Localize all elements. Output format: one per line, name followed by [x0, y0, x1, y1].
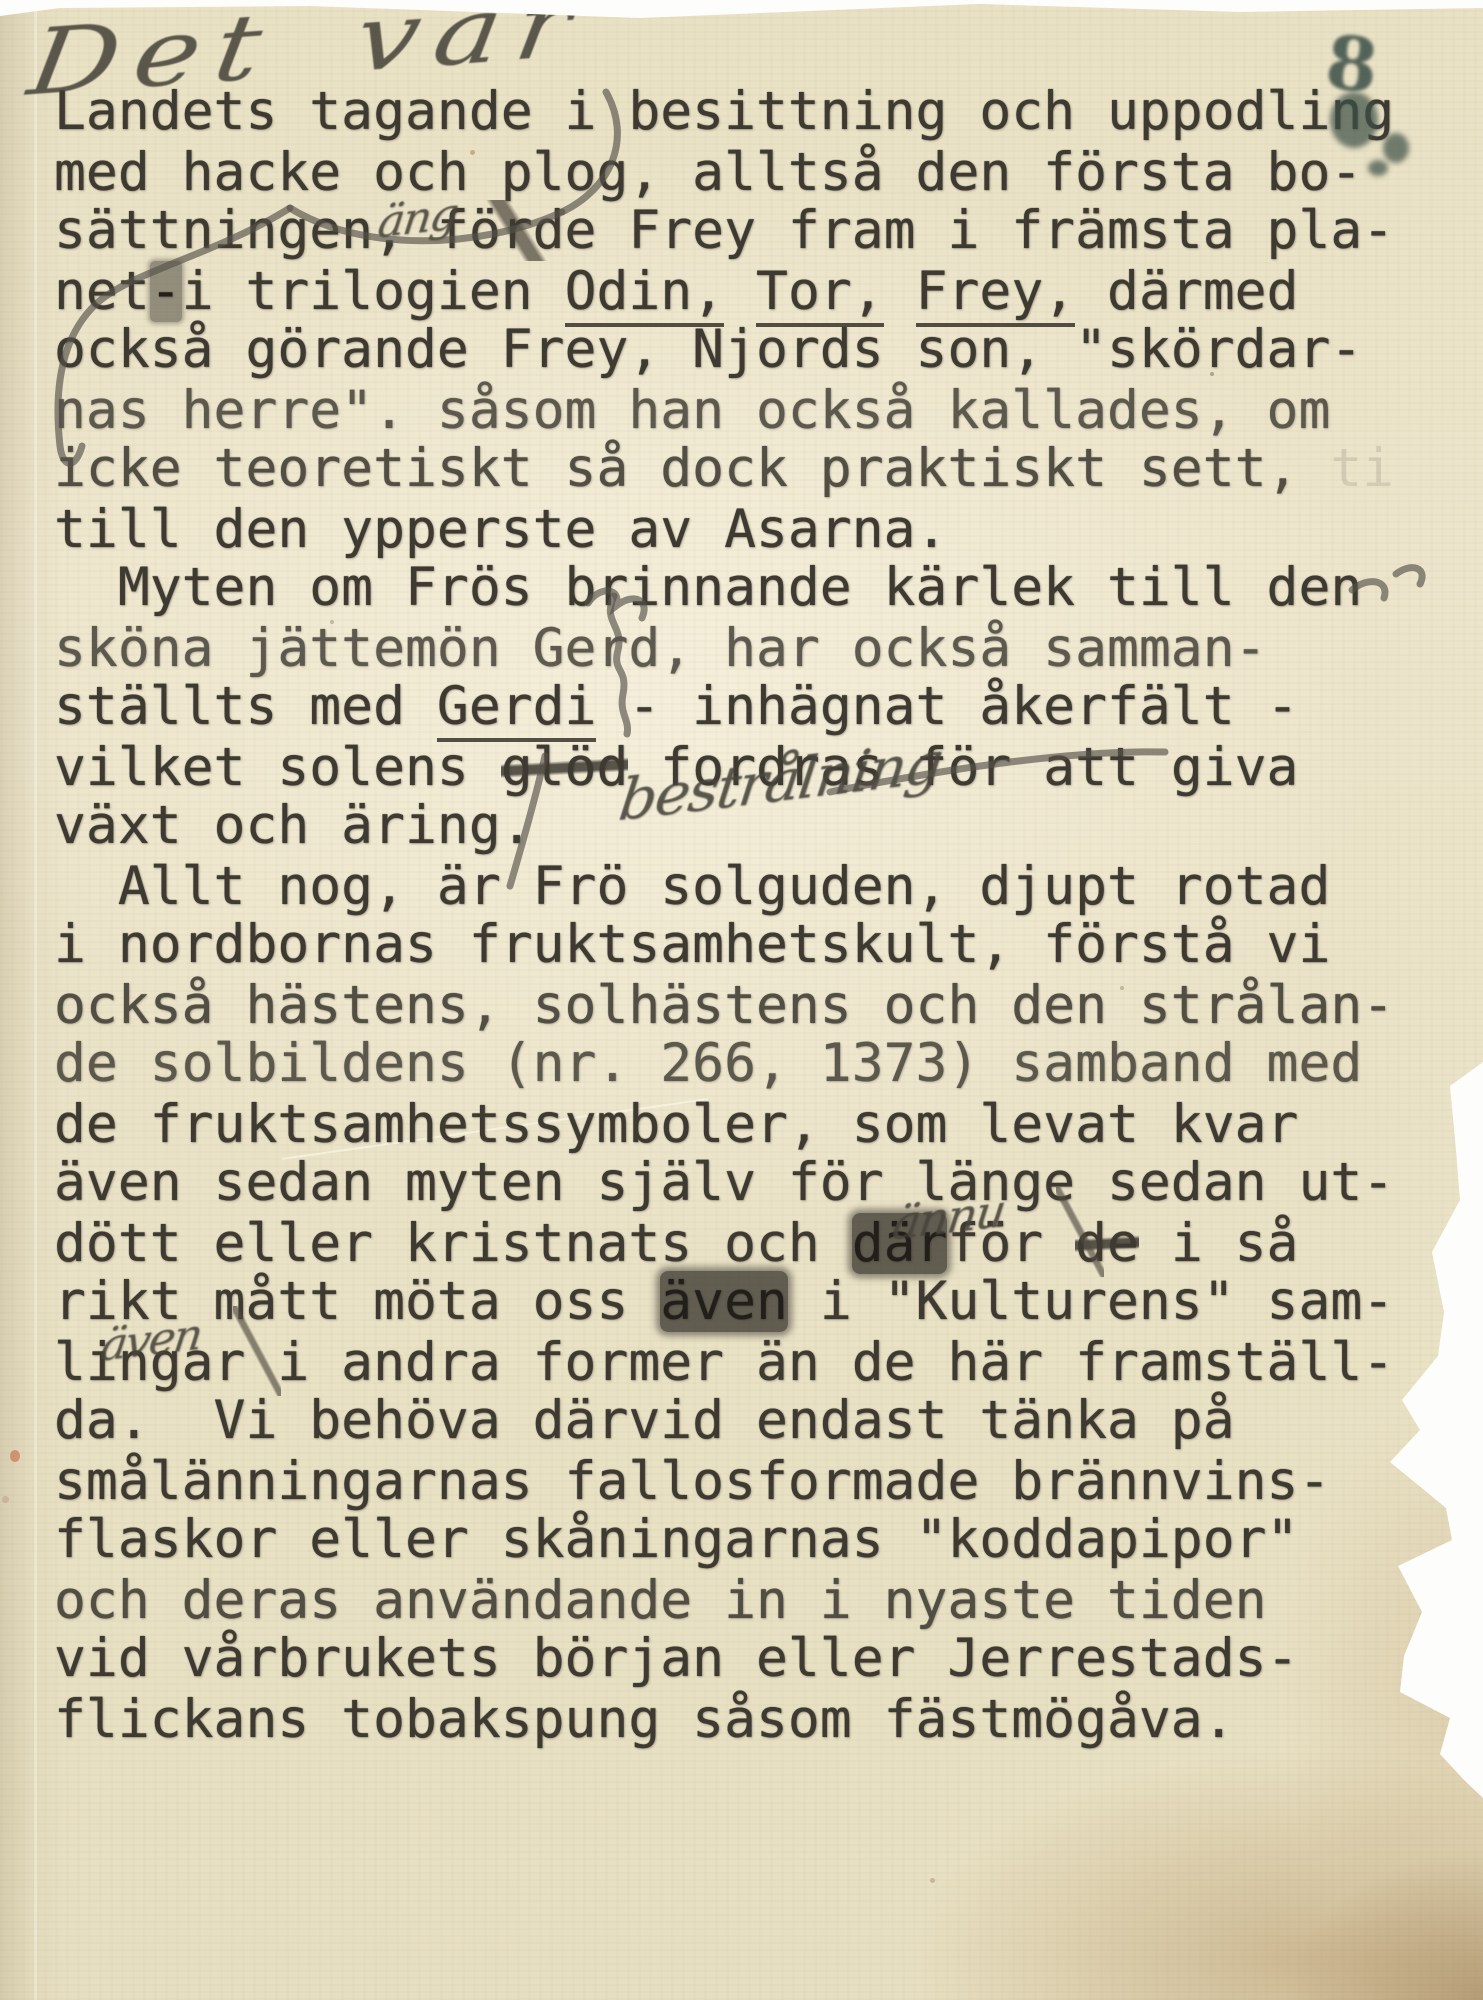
typed-line: även sedan myten själv för länge sedan u…	[54, 1153, 1394, 1213]
handwritten-note: äng	[374, 184, 460, 252]
typed-line: sköna jättemön Gerd, har också samman-	[54, 619, 1394, 679]
typed-segment: Frey fram i främsta pla-	[596, 200, 1394, 261]
typed-segment: förde	[437, 200, 597, 261]
typed-segment: Tor,	[756, 261, 884, 327]
pencil-slash	[233, 1306, 281, 1396]
typed-segment	[884, 261, 916, 322]
typed-line: net-i trilogien Odin, Tor, Frey, därmed	[54, 262, 1394, 322]
pencil-slash	[1056, 1187, 1104, 1277]
typed-segment: ställts med	[54, 676, 437, 737]
typed-line: icke teoretiskt så dock praktiskt sett, …	[54, 439, 1394, 499]
paper-speck	[930, 1878, 935, 1883]
handwritten-note: även	[97, 1305, 204, 1376]
typed-line: nas herre". såsom han också kallades, om	[54, 381, 1394, 441]
typed-line: växt och äring.bestrålning	[54, 796, 1394, 856]
typed-line: de fruktsamhetssymboler, som levat kvar	[54, 1095, 1394, 1155]
typed-segment: också görande Frey, Njords son, "skördar…	[54, 319, 1362, 380]
typed-segment: nas herre". såsom han också kallades, om	[54, 380, 1330, 441]
typed-segment: net	[54, 261, 150, 322]
typed-segment: Frey,	[916, 261, 1076, 327]
typed-segment: i trilogien	[182, 261, 565, 322]
typed-line: smålänningarnas fallosformade brännvins-	[54, 1452, 1394, 1512]
typed-segment: Odin,	[565, 261, 725, 327]
typed-segment: flickans tobakspung såsom fästmögåva.	[54, 1689, 1235, 1750]
typed-line: och deras användande in i nyaste tiden	[54, 1571, 1394, 1631]
scan-background: Det var 8 Landets tagande i besittning o…	[0, 0, 1483, 2000]
typed-line: till den ypperste av Asarna.	[54, 500, 1394, 560]
typed-segment: - inhägnat åkerfält -	[596, 676, 1298, 737]
typed-line: flickans tobakspung såsom fästmögåva.	[54, 1690, 1394, 1750]
typed-segment: vilket solens	[54, 737, 501, 798]
typed-segment: de fruktsamhetssymboler, som levat kvar	[54, 1094, 1298, 1155]
typed-line: flaskor eller skåningarnas "koddapipor"	[54, 1510, 1394, 1570]
typed-segment: Landets tagande i besittning och uppodli…	[54, 81, 1394, 142]
typed-line: i nordbornas fruktsamhetskult, förstå vi	[54, 915, 1394, 975]
typed-line: dött eller kristnats och därför de i såä…	[54, 1214, 1394, 1274]
typed-segment: i "Kulturens" sam-	[788, 1271, 1394, 1332]
typed-segment: vid vårbrukets början eller Jerrestads-	[54, 1628, 1298, 1689]
typed-segment: ti	[1298, 438, 1394, 499]
typed-segment: i så	[1139, 1213, 1299, 1274]
typed-segment: icke teoretiskt så dock praktiskt sett,	[54, 438, 1298, 499]
typed-line: Myten om Frös brinnande kärlek till den	[54, 558, 1394, 618]
typed-segment: de solbildens (nr. 266, 1373) samband me…	[54, 1033, 1362, 1094]
typed-segment: i nordbornas fruktsamhetskult, förstå vi	[54, 914, 1330, 975]
typed-segment: till den ypperste av Asarna.	[54, 499, 947, 560]
typed-line: Landets tagande i besittning och uppodli…	[54, 82, 1394, 142]
typed-segment: -	[150, 261, 182, 322]
typed-line: sättningen, förde Frey fram i främsta pl…	[54, 201, 1394, 261]
typed-segment: med hacke och plog, alltså den första bo…	[54, 142, 1362, 203]
typed-segment: dött eller kristnats och	[54, 1213, 852, 1274]
typed-segment: sköna jättemön Gerd, har också samman-	[54, 618, 1267, 679]
typed-segment: även	[660, 1271, 788, 1332]
typed-segment: glöd	[501, 737, 629, 798]
paper-speck	[2, 1496, 9, 1503]
typed-segment: växt och äring.	[54, 795, 533, 856]
typed-line: ställts med Gerdi - inhägnat åkerfält -f…	[54, 677, 1394, 737]
typed-segment: Allt nog, är Frö solguden, djupt rotad	[54, 856, 1330, 917]
typed-segment: Gerdi	[437, 676, 597, 742]
typed-segment: även sedan myten själv för länge sedan u…	[54, 1152, 1394, 1213]
typed-segment: därmed	[1075, 261, 1298, 322]
typed-segment: också hästens, solhästens och den stråla…	[54, 975, 1394, 1036]
typed-segment: flaskor eller skåningarnas "koddapipor"	[54, 1509, 1298, 1570]
typed-line: Allt nog, är Frö solguden, djupt rotad	[54, 857, 1394, 917]
pencil-curl	[1396, 568, 1422, 584]
typed-segment	[724, 261, 756, 322]
paper-speck	[10, 1450, 20, 1462]
typed-line: vid vårbrukets början eller Jerrestads-	[54, 1629, 1394, 1689]
typed-line: med hacke och plog, alltså den första bo…	[54, 143, 1394, 203]
typed-text: Landets tagande i besittning och uppodli…	[54, 82, 1394, 1748]
typed-segment: och deras användande in i nyaste tiden	[54, 1570, 1267, 1631]
typed-segment: da. Vi behöva därvid endast tänka på	[54, 1390, 1235, 1451]
typed-line: de solbildens (nr. 266, 1373) samband me…	[54, 1034, 1394, 1094]
typed-line: lingar i andra former än de här framstäl…	[54, 1333, 1394, 1393]
typed-line: också görande Frey, Njords son, "skördar…	[54, 320, 1394, 380]
typed-line: också hästens, solhästens och den stråla…	[54, 976, 1394, 1036]
paper-crease	[34, 0, 37, 2000]
typed-segment: smålänningarnas fallosformade brännvins-	[54, 1451, 1330, 1512]
typed-segment: Myten om Frös brinnande kärlek till den	[54, 557, 1362, 618]
typed-line: da. Vi behöva därvid endast tänka på	[54, 1391, 1394, 1451]
paper: Det var 8 Landets tagande i besittning o…	[0, 0, 1483, 2000]
